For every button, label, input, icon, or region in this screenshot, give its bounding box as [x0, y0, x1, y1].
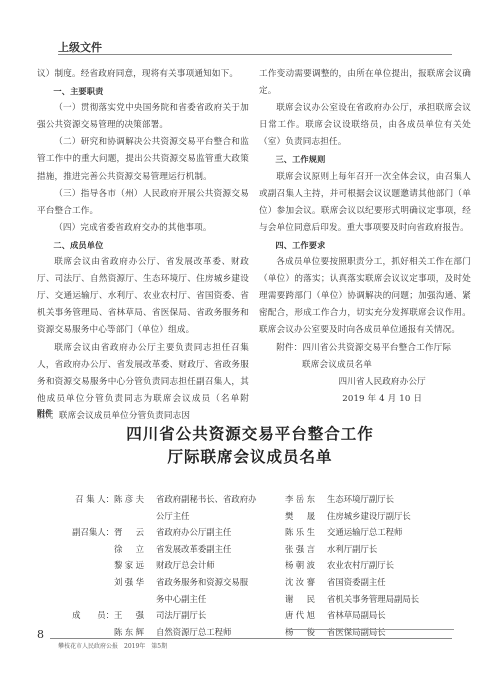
roster-row: 陈乐生交通运输厅总工程师	[285, 524, 475, 541]
roster-post: 省机关事务管理局副局长	[327, 591, 419, 608]
paragraph: （三）指导各市（州）人民政府开展公共资源交易平台整合工作。	[37, 186, 249, 220]
roster-post: 交通运输厅总工程师	[327, 524, 402, 541]
page-footer: 8 攀枝花市人民政府公报 2019年 第5期	[37, 631, 452, 641]
roster-post: 省政府副秘书长、省政府办	[156, 491, 272, 508]
paragraph: 各成员单位要按照职责分工，抓好相关工作在部门（单位）的落实；认真落实联席会议议定…	[259, 254, 471, 339]
roster-post: 省政府办公厅副主任	[156, 524, 272, 541]
right-column: 工作变动需要调整的，由所在单位提出，报联席会议确定。联席会议办公室设在省政府办公…	[259, 66, 471, 408]
roster-name: 唐代旭	[285, 607, 315, 624]
roster-name: 陈乐生	[285, 524, 315, 541]
roster-post-continued: 公厅主任	[156, 508, 272, 525]
roster-post: 财政厅总会计师	[156, 557, 272, 574]
roster-role	[62, 574, 114, 591]
signature-date: 2019 年 4 月 10 日	[259, 391, 471, 408]
roster-right: 李岳东生态环境厅副厅长樊晟住房城乡建设厅副厅长陈乐生交通运输厅总工程师张强言水利…	[285, 491, 475, 640]
annex-title-line2: 厅际联席会议成员名单	[0, 445, 500, 468]
roster-post: 水利厅副厅长	[327, 541, 377, 558]
paragraph: 议）制度。经省政府同意，现将有关事项通知如下。	[37, 66, 249, 83]
roster-post: 农业农村厅副厅长	[327, 557, 394, 574]
roster-post-continued: 务中心副主任	[156, 591, 272, 608]
paragraph: 联席会议原则上每年召开一次全体会议，由召集人或副召集人主持，并可根据会议议题邀请…	[259, 169, 471, 237]
roster-row: 刘强华省政务服务和资源交易服	[62, 574, 272, 591]
roster-name: 樊晟	[285, 508, 315, 525]
roster-row: 唐代旭省林草局副局长	[285, 607, 475, 624]
roster-end-divider	[286, 629, 454, 630]
section-heading: 四、工作要求	[259, 237, 471, 254]
roster-post: 生态环境厅副厅长	[327, 491, 394, 508]
roster-left: 召 集 人：陈彦夫省政府副秘书长、省政府办公厅主任副召集人：胥云省政府办公厅副主…	[62, 491, 272, 640]
roster-name: 沈汝謇	[285, 574, 315, 591]
roster-name: 胥云	[114, 524, 144, 541]
paragraph: （二）研究和协调解决公共资源交易平台整合和监管工作中的重大问题，提出公共资源交易…	[37, 134, 249, 185]
annex-title-line1: 四川省公共资源交易平台整合工作	[0, 422, 500, 445]
paragraph: 工作变动需要调整的，由所在单位提出，报联席会议确定。	[259, 66, 471, 100]
roster-role	[62, 541, 114, 558]
roster-post: 省林草局副局长	[327, 607, 386, 624]
paragraph: 联席会议由省政府办公厅主要负责同志担任召集人，省政府办公厅、省发展改革委、财政厅…	[37, 340, 249, 425]
roster-role	[62, 557, 114, 574]
roster-name: 刘强华	[114, 574, 144, 591]
paragraph: 联席会议由省政府办公厅、省发展改革委、财政厅、司法厅、自然资源厅、生态环境厅、住…	[37, 254, 249, 339]
roster-row: 沈汝謇省国资委副主任	[285, 574, 475, 591]
section-title: 上级文件	[58, 39, 102, 55]
attachment-note-line1: 附件：四川省公共资源交易平台整合工作厅际	[259, 340, 471, 357]
paragraph: （一）贯彻落实党中央国务院和省委省政府关于加强公共资源交易管理的决策部署。	[37, 100, 249, 134]
roster-row: 副召集人：胥云省政府办公厅副主任	[62, 524, 272, 541]
paragraph: （四）完成省委省政府交办的其他事项。	[37, 220, 249, 237]
roster-row: 张强言水利厅副厅长	[285, 541, 475, 558]
roster-name: 徐立	[114, 541, 144, 558]
roster-role: 成 员：	[62, 607, 114, 624]
roster-name: 杨朝波	[285, 557, 315, 574]
roster-row: 成 员：王强司法厅副厅长	[62, 607, 272, 624]
paragraph: 联席会议办公室设在省政府办公厅，承担联席会议日常工作。联席会议设联络员，由各成员…	[259, 100, 471, 151]
signature-org: 四川省人民政府办公厅	[259, 374, 471, 391]
left-column: 议）制度。经省政府同意，现将有关事项通知如下。一、主要职责（一）贯彻落实党中央国…	[37, 66, 249, 425]
roster-name: 陈彦夫	[114, 491, 144, 508]
section-heading: 一、主要职责	[37, 83, 249, 100]
page-header: 上级文件	[58, 40, 452, 55]
roster-row: 徐立省发展改革委副主任	[62, 541, 272, 558]
publication-info: 攀枝花市人民政府公报 2019年 第5期	[58, 641, 167, 650]
roster-post: 省政务服务和资源交易服	[156, 574, 272, 591]
roster-row: 樊晟住房城乡建设厅副厅长	[285, 508, 475, 525]
roster-post: 省国资委副主任	[327, 574, 386, 591]
section-heading: 三、工作规则	[259, 151, 471, 168]
roster-row: 黎家远财政厅总会计师	[62, 557, 272, 574]
roster-name: 王强	[114, 607, 144, 624]
roster-row: 谢民省机关事务管理局副局长	[285, 591, 475, 608]
roster-name: 黎家远	[114, 557, 144, 574]
roster-role: 副召集人：	[62, 524, 114, 541]
roster-name: 张强言	[285, 541, 315, 558]
roster-row: 杨朝波农业农村厅副厅长	[285, 557, 475, 574]
roster-post: 省发展改革委副主任	[156, 541, 272, 558]
roster-name: 李岳东	[285, 491, 315, 508]
roster-post: 住房城乡建设厅副厅长	[327, 508, 411, 525]
roster-row: 李岳东生态环境厅副厅长	[285, 491, 475, 508]
roster-role: 召 集 人：	[62, 491, 114, 508]
attachment-note-line2: 联席会议成员名单	[259, 357, 471, 374]
roster-name: 谢民	[285, 591, 315, 608]
annex-label: 附件	[37, 408, 53, 419]
roster-post: 司法厅副厅长	[156, 607, 272, 624]
section-heading: 二、成员单位	[37, 237, 249, 254]
page-number: 8	[37, 628, 44, 641]
roster-row: 召 集 人：陈彦夫省政府副秘书长、省政府办	[62, 491, 272, 508]
annex-title: 四川省公共资源交易平台整合工作 厅际联席会议成员名单	[0, 422, 500, 468]
footer-rule	[50, 638, 452, 639]
